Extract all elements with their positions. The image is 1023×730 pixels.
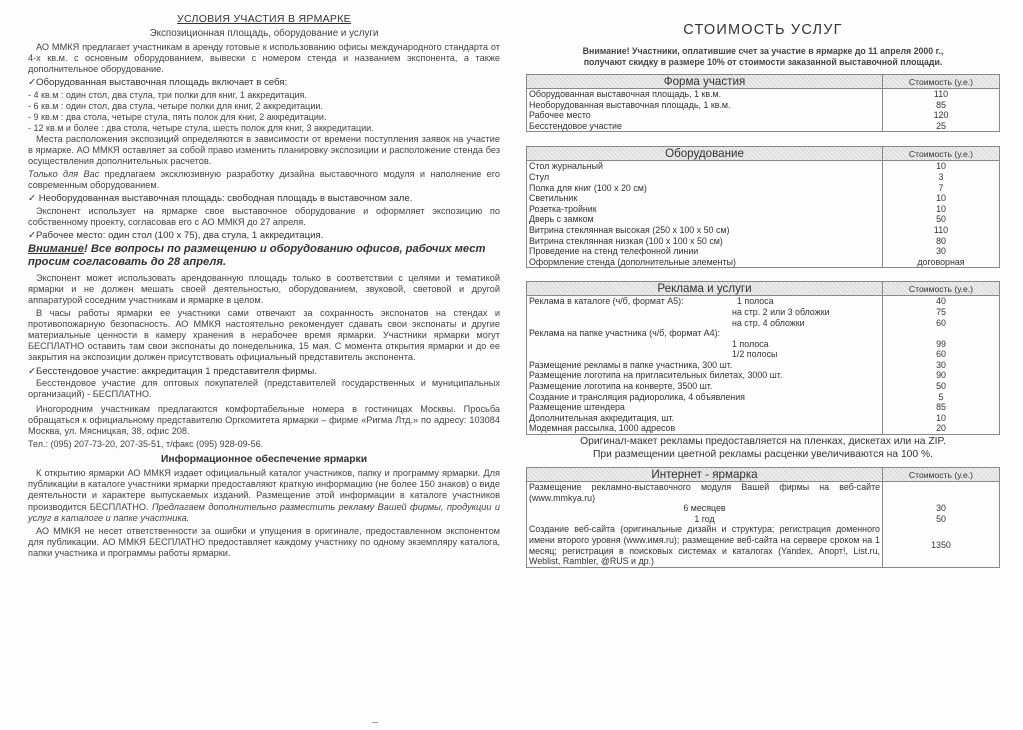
table-row: Необорудованная выставочная площадь, 1 к…	[527, 100, 1000, 111]
table-row: Создание веб-сайта (оригинальные дизайн …	[527, 524, 1000, 567]
table-row: Размещение рекламы в папке участника, 30…	[527, 360, 1000, 371]
info-paragraph: К открытию ярмарки АО ММКЯ издает официа…	[28, 468, 500, 523]
design-italic: Только для Вас	[28, 169, 99, 179]
page-title: УСЛОВИЯ УЧАСТИЯ В ЯРМАРКЕ	[28, 14, 500, 25]
item-cost: 110	[883, 225, 1000, 236]
safety-paragraph: В часы работы ярмарки ее участники сами …	[28, 308, 500, 363]
discount-line-2: получают скидку в размере 10% от стоимос…	[524, 57, 1002, 68]
table-row: 1 полоса99	[527, 339, 1000, 350]
item-cost: 30	[883, 246, 1000, 257]
table-row: Рабочее место120	[527, 110, 1000, 121]
table-row: Модемная рассылка, 1000 адресов20	[527, 423, 1000, 434]
item-cost: 30	[883, 360, 1000, 371]
item-name: 1 год	[527, 514, 883, 525]
workplace-heading: ✓Рабочее место: один стол (100 х 75), дв…	[28, 230, 500, 241]
item-cost: 50	[883, 514, 1000, 525]
table-row: Размещение штендера85	[527, 402, 1000, 413]
table-row: Витрина стеклянная низкая (100 х 100 х 5…	[527, 236, 1000, 247]
price-title: СТОИМОСТЬ УСЛУГ	[524, 22, 1002, 38]
discount-notice: Внимание! Участники, оплатившие счет за …	[524, 46, 1002, 68]
design-paragraph: Только для Вас предлагаем эксклюзивную р…	[28, 169, 500, 191]
item-name: Бесстендовое участие	[527, 121, 883, 132]
table-row: Светильник10	[527, 193, 1000, 204]
item-cost: 50	[883, 381, 1000, 392]
item-name: Размещение рекламно-выставочного модуля …	[527, 482, 883, 504]
hotel-paragraph: Иногородним участникам предлагаются комф…	[28, 404, 500, 437]
equipped-heading: ✓Оборудованная выставочная площадь включ…	[28, 77, 500, 88]
item-cost: 25	[883, 121, 1000, 132]
item-cost: 85	[883, 402, 1000, 413]
left-page: УСЛОВИЯ УЧАСТИЯ В ЯРМАРКЕ Экспозиционная…	[28, 14, 500, 561]
table-row: Витрина стеклянная высокая (250 х 100 х …	[527, 225, 1000, 236]
item-name: 1/2 полосы	[527, 349, 883, 360]
item-name: Стол журнальный	[527, 161, 883, 172]
attention-text: ! Все вопросы по размещению и оборудован…	[28, 243, 485, 268]
footnote-line-2: При размещении цветной рекламы расценки …	[524, 449, 1002, 462]
usage-paragraph: Экспонент может использовать арендованну…	[28, 273, 500, 306]
table-row: Дополнительная аккредитация, шт.10	[527, 413, 1000, 424]
liability-paragraph: АО ММКЯ не несет ответственности за ошиб…	[28, 526, 500, 559]
table-row: Бесстендовое участие25	[527, 121, 1000, 132]
table-row: на стр. 4 обложки60	[527, 318, 1000, 329]
item-name: Размещение штендера	[527, 402, 883, 413]
item-name: Светильник	[527, 193, 883, 204]
right-page: СТОИМОСТЬ УСЛУГ Внимание! Участники, опл…	[524, 14, 1002, 568]
item-cost: 60	[883, 349, 1000, 360]
item-cost	[883, 328, 1000, 339]
table-row: Проведение на стенд телефонной линии30	[527, 246, 1000, 257]
item-cost: 60	[883, 318, 1000, 329]
item-cost: 75	[883, 307, 1000, 318]
table-row: 6 месяцев30	[527, 503, 1000, 514]
table-row: Размещение рекламно-выставочного модуля …	[527, 482, 1000, 504]
table-row: Полка для книг (100 х 20 см)7	[527, 183, 1000, 194]
item-cost: 10	[883, 413, 1000, 424]
cost-header: Стоимость (у.е.)	[883, 147, 1000, 161]
table-row: Дверь с замком50	[527, 214, 1000, 225]
internet-header: Интернет - ярмарка	[527, 468, 883, 482]
item-cost: 90	[883, 370, 1000, 381]
item-name: Рабочее место	[527, 110, 883, 121]
equipped-item: - 9 кв.м : два стола, четыре стула, пять…	[28, 112, 500, 123]
table-row: Реклама в каталоге (ч/б, формат А5):1 по…	[527, 296, 1000, 307]
equipped-item: - 4 кв.м : один стол, два стула, три пол…	[28, 90, 500, 101]
advertising-header: Реклама и услуги	[527, 282, 883, 296]
item-cost: 99	[883, 339, 1000, 350]
item-name: Реклама на папке участника (ч/б, формат …	[527, 328, 883, 339]
item-name: Необорудованная выставочная площадь, 1 к…	[527, 100, 883, 111]
item-cost: 10	[883, 161, 1000, 172]
item-cost: 20	[883, 423, 1000, 434]
item-name: на стр. 2 или 3 обложки	[527, 307, 883, 318]
table-row: Оборудованная выставочная площадь, 1 кв.…	[527, 89, 1000, 100]
table-row: Оформление стенда (дополнительные элемен…	[527, 257, 1000, 268]
attention-label: Внимание	[28, 243, 84, 255]
item-cost: 120	[883, 110, 1000, 121]
item-name: Реклама в каталоге (ч/б, формат А5):1 по…	[527, 296, 883, 307]
item-name: 6 месяцев	[527, 503, 883, 514]
item-cost: договорная	[883, 257, 1000, 268]
item-cost: 40	[883, 296, 1000, 307]
own-equipment-paragraph: Экспонент использует на ярмарке свое выс…	[28, 206, 500, 228]
table-row: Стул3	[527, 172, 1000, 183]
unequipped-heading: ✓ Необорудованная выставочная площадь: с…	[28, 193, 500, 204]
equipment-table: Оборудование Стоимость (у.е.) Стол журна…	[526, 146, 1000, 268]
table-row: Размещение логотипа на конверте, 3500 шт…	[527, 381, 1000, 392]
item-name: Стул	[527, 172, 883, 183]
participation-header: Форма участия	[527, 75, 883, 89]
discount-line-1: Внимание! Участники, оплатившие счет за …	[524, 46, 1002, 57]
intro-paragraph: АО ММКЯ предлагает участникам в аренду г…	[28, 42, 500, 75]
catalog-label: Реклама в каталоге (ч/б, формат А5):	[529, 296, 737, 307]
advertising-footnote: Оригинал-макет рекламы предоставляется н…	[524, 436, 1002, 461]
table-row: Реклама на папке участника (ч/б, формат …	[527, 328, 1000, 339]
item-cost: 50	[883, 214, 1000, 225]
footnote-line-1: Оригинал-макет рекламы предоставляется н…	[524, 436, 1002, 449]
section-subtitle: Экспозиционная площадь, оборудование и у…	[28, 28, 500, 39]
catalog-option: 1 полоса	[737, 296, 774, 306]
item-cost: 10	[883, 204, 1000, 215]
table-row: Стол журнальный10	[527, 161, 1000, 172]
item-name: на стр. 4 обложки	[527, 318, 883, 329]
item-cost: 5	[883, 392, 1000, 403]
item-name: Создание и трансляция радиоролика, 4 объ…	[527, 392, 883, 403]
item-name: Размещение логотипа на пригласительных б…	[527, 370, 883, 381]
cost-header: Стоимость (у.е.)	[883, 282, 1000, 296]
item-name: Дверь с замком	[527, 214, 883, 225]
standless-heading: ✓Бесстендовое участие: аккредитация 1 пр…	[28, 366, 500, 377]
item-name: Витрина стеклянная высокая (250 х 100 х …	[527, 225, 883, 236]
item-cost: 10	[883, 193, 1000, 204]
item-name: Полка для книг (100 х 20 см)	[527, 183, 883, 194]
phones: Тел.: (095) 207-73-20, 207-35-51, т/факс…	[28, 439, 500, 450]
item-name: Создание веб-сайта (оригинальные дизайн …	[527, 524, 883, 567]
item-name: Витрина стеклянная низкая (100 х 100 х 5…	[527, 236, 883, 247]
placement-paragraph: Места расположения экспозиций определяют…	[28, 134, 500, 167]
internet-table: Интернет - ярмарка Стоимость (у.е.) Разм…	[526, 467, 1000, 568]
item-cost: 85	[883, 100, 1000, 111]
info-heading: Информационное обеспечение ярмарки	[28, 454, 500, 465]
item-cost: 30	[883, 503, 1000, 514]
item-name: Розетка-тройник	[527, 204, 883, 215]
equipped-item: - 12 кв.м и более : два стола, четыре ст…	[28, 123, 500, 134]
table-row: Розетка-тройник10	[527, 204, 1000, 215]
design-text: предлагаем эксклюзивную разработку дизай…	[28, 169, 500, 190]
table-row: 1/2 полосы60	[527, 349, 1000, 360]
item-name: Размещение рекламы в папке участника, 30…	[527, 360, 883, 371]
cost-header: Стоимость (у.е.)	[883, 468, 1000, 482]
item-name: Модемная рассылка, 1000 адресов	[527, 423, 883, 434]
participation-table: Форма участия Стоимость (у.е.) Оборудова…	[526, 74, 1000, 132]
item-cost: 80	[883, 236, 1000, 247]
item-cost: 110	[883, 89, 1000, 100]
item-name: 1 полоса	[527, 339, 883, 350]
equipped-item: - 6 кв.м : один стол, два стула, четыре …	[28, 101, 500, 112]
advertising-table: Реклама и услуги Стоимость (у.е.) Реклам…	[526, 281, 1000, 435]
equipment-header: Оборудование	[527, 147, 883, 161]
attention-notice: Внимание! Все вопросы по размещению и об…	[28, 243, 500, 269]
item-cost: 1350	[883, 524, 1000, 567]
cost-header: Стоимость (у.е.)	[883, 75, 1000, 89]
table-row: Размещение логотипа на пригласительных б…	[527, 370, 1000, 381]
item-name: Дополнительная аккредитация, шт.	[527, 413, 883, 424]
item-cost	[883, 482, 1000, 504]
item-name: Оборудованная выставочная площадь, 1 кв.…	[527, 89, 883, 100]
standless-free-paragraph: Бесстендовое участие для оптовых покупат…	[28, 378, 500, 400]
table-row: Создание и трансляция радиоролика, 4 объ…	[527, 392, 1000, 403]
item-name: Проведение на стенд телефонной линии	[527, 246, 883, 257]
item-name: Оформление стенда (дополнительные элемен…	[527, 257, 883, 268]
item-cost: 3	[883, 172, 1000, 183]
table-row: 1 год50	[527, 514, 1000, 525]
item-cost: 7	[883, 183, 1000, 194]
scan-mark	[372, 722, 378, 723]
table-row: на стр. 2 или 3 обложки75	[527, 307, 1000, 318]
item-name: Размещение логотипа на конверте, 3500 шт…	[527, 381, 883, 392]
